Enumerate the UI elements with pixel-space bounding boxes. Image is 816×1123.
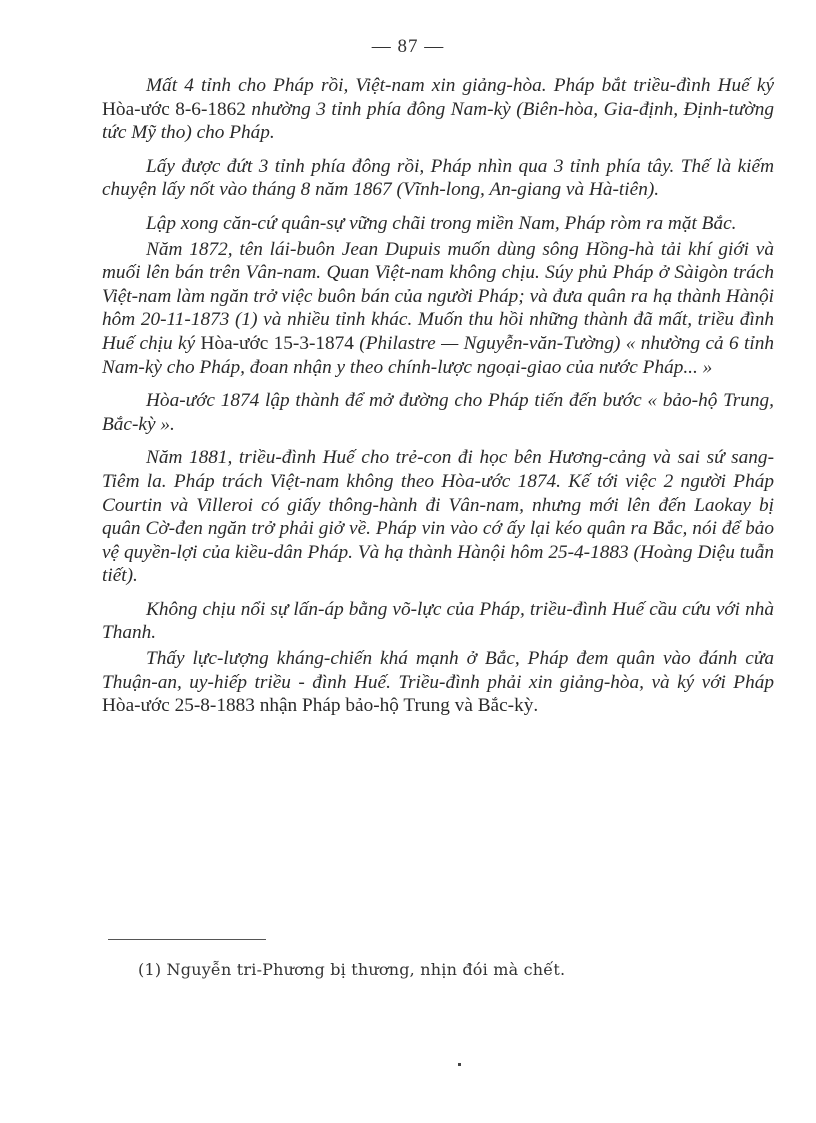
treaty-1883: Hòa-ước 25-8-1883 nhận Pháp bảo-hộ Trung… <box>102 695 538 716</box>
treaty-1862: Hòa-ước 8-6-1862 <box>102 99 246 120</box>
paragraph-military-base: Lập xong căn-cứ quân-sự vững chãi trong … <box>102 212 774 236</box>
scan-speck <box>458 1063 461 1066</box>
paragraph-loss-of-four-provinces: Mất 4 tỉnh cho Pháp rồi, Việt-nam xin gi… <box>102 74 774 145</box>
footnote: (1) Nguyễn tri-Phương bị thương, nhịn đó… <box>138 960 565 979</box>
paragraph-jean-dupuis: Năm 1872, tên lái-buôn Jean Dupuis muốn … <box>102 238 774 380</box>
paragraph-treaty-1874-consequence: Hòa-ước 1874 lập thành để mở đường cho P… <box>102 389 774 436</box>
treaty-1874: Hòa-ước 15-3-1874 <box>201 333 354 354</box>
footnote-divider <box>108 939 266 940</box>
paragraph-western-provinces: Lấy được đứt 3 tỉnh phía đông rồi, Pháp … <box>102 155 774 202</box>
paragraph-thuan-an-attack: Thấy lực-lượng kháng-chiến khá mạnh ở Bắ… <box>102 647 774 718</box>
paragraph-year-1881: Năm 1881, triều-đình Huế cho trẻ-con đi … <box>102 446 774 588</box>
page-number: — 87 — <box>0 36 816 58</box>
body-text: Mất 4 tỉnh cho Pháp rồi, Việt-nam xin gi… <box>102 74 774 718</box>
paragraph-qing-appeal: Không chịu nổi sự lấn-áp bằng võ-lực của… <box>102 598 774 645</box>
